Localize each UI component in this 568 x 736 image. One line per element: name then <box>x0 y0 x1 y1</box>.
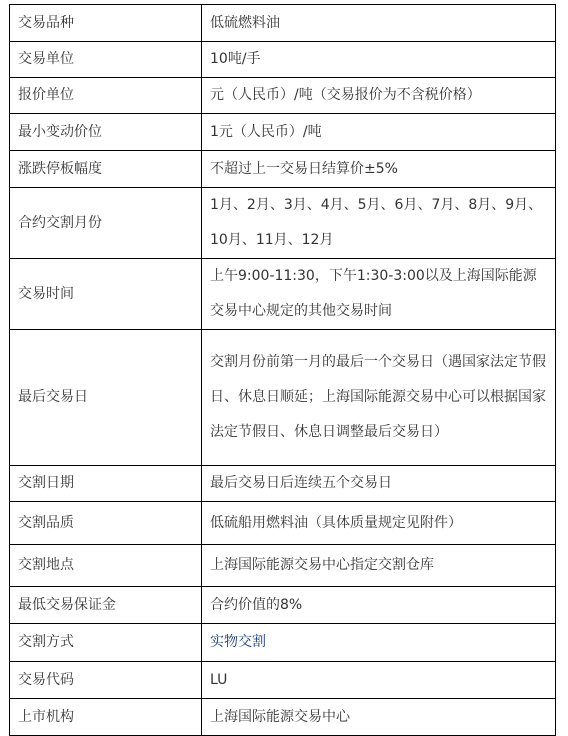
table-row: 交易代码 LU <box>10 662 556 699</box>
row-label: 交割日期 <box>10 466 202 502</box>
row-label: 最后交易日 <box>10 330 202 466</box>
table-row: 上市机构 上海国际能源交易中心 <box>10 699 556 735</box>
table-row: 最后交易日 交割月份前第一月的最后一个交易日（遇国家法定节假日、休息日顺延；上海… <box>10 330 556 466</box>
row-value: 不超过上一交易日结算价±5% <box>202 151 556 188</box>
table-row: 最小变动价位 1元（人民币）/吨 <box>10 114 556 151</box>
row-value: 10吨/手 <box>202 42 556 78</box>
delivery-method-link[interactable]: 实物交割 <box>210 634 266 650</box>
row-value: 上海国际能源交易中心 <box>202 699 556 735</box>
row-value: 实物交割 <box>202 624 556 662</box>
table-row: 交割品质 低硫船用燃料油（具体质量规定见附件） <box>10 502 556 545</box>
table-row: 交易时间 上午9:00-11:30，下午1:30-3:00以及上海国际能源交易中… <box>10 259 556 330</box>
table-row: 交割方式 实物交割 <box>10 624 556 662</box>
row-value: 1元（人民币）/吨 <box>202 114 556 151</box>
table-row: 报价单位 元（人民币）/吨（交易报价为不含税价格） <box>10 78 556 114</box>
contract-spec-container: 交易品种 低硫燃料油 交易单位 10吨/手 报价单位 元（人民币）/吨（交易报价… <box>9 4 556 734</box>
row-label: 交易时间 <box>10 259 202 330</box>
row-value: 1月、2月、3月、4月、5月、6月、7月、8月、9月、10月、11月、12月 <box>202 188 556 259</box>
row-label: 最低交易保证金 <box>10 587 202 624</box>
table-row: 交割日期 最后交易日后连续五个交易日 <box>10 466 556 502</box>
row-value: 低硫船用燃料油（具体质量规定见附件） <box>202 502 556 545</box>
row-label: 上市机构 <box>10 699 202 735</box>
row-label: 交易品种 <box>10 5 202 42</box>
table-row: 最低交易保证金 合约价值的8% <box>10 587 556 624</box>
row-label: 交易代码 <box>10 662 202 699</box>
row-value: 最后交易日后连续五个交易日 <box>202 466 556 502</box>
row-label: 合约交割月份 <box>10 188 202 259</box>
row-label: 交易单位 <box>10 42 202 78</box>
table-row: 交易单位 10吨/手 <box>10 42 556 78</box>
row-value: 低硫燃料油 <box>202 5 556 42</box>
table-row: 合约交割月份 1月、2月、3月、4月、5月、6月、7月、8月、9月、10月、11… <box>10 188 556 259</box>
row-label: 交割地点 <box>10 545 202 587</box>
table-row: 交易品种 低硫燃料油 <box>10 5 556 42</box>
row-value: 上午9:00-11:30，下午1:30-3:00以及上海国际能源交易中心规定的其… <box>202 259 556 330</box>
row-label: 涨跌停板幅度 <box>10 151 202 188</box>
table-row: 交割地点 上海国际能源交易中心指定交割仓库 <box>10 545 556 587</box>
row-value: 上海国际能源交易中心指定交割仓库 <box>202 545 556 587</box>
row-value: 交割月份前第一月的最后一个交易日（遇国家法定节假日、休息日顺延；上海国际能源交易… <box>202 330 556 466</box>
row-value: LU <box>202 662 556 699</box>
row-value: 元（人民币）/吨（交易报价为不含税价格） <box>202 78 556 114</box>
row-label: 交割品质 <box>10 502 202 545</box>
row-value: 合约价值的8% <box>202 587 556 624</box>
row-label: 最小变动价位 <box>10 114 202 151</box>
table-row: 涨跌停板幅度 不超过上一交易日结算价±5% <box>10 151 556 188</box>
contract-spec-table: 交易品种 低硫燃料油 交易单位 10吨/手 报价单位 元（人民币）/吨（交易报价… <box>9 4 556 734</box>
row-label: 交割方式 <box>10 624 202 662</box>
row-label: 报价单位 <box>10 78 202 114</box>
